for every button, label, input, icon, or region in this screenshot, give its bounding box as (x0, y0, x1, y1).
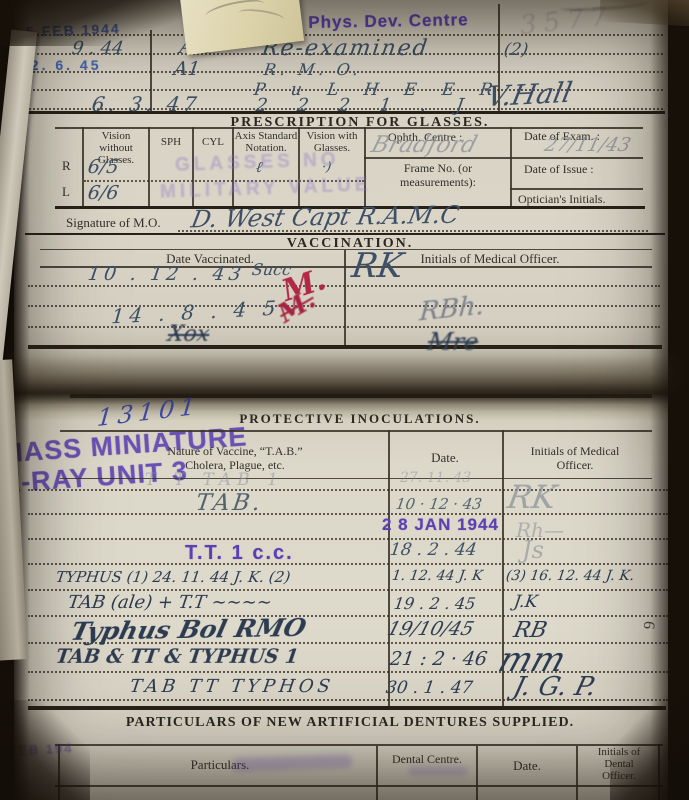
inoc-date: 10 · 12 · 43 (395, 495, 483, 513)
signature-label: Signature of M.O. (66, 215, 161, 231)
col-header: Nature of Vaccine, “T.A.B.” (120, 444, 350, 459)
column-line (376, 746, 378, 800)
col-header: Date. (400, 450, 490, 466)
dentures-title: PARTICULARS OF NEW ARTIFICIAL DENTURES S… (110, 715, 590, 731)
right-edge-shadow (650, 0, 689, 800)
table-line (60, 430, 652, 432)
inoc-initials: (3) 16. 12. 44 J. K. (505, 568, 636, 584)
row-line (28, 489, 668, 491)
date-stamp-jan44: 2 8 JAN 1944 (382, 515, 499, 535)
section-rule (28, 706, 666, 710)
page-fold-shadow (0, 348, 689, 412)
column-line (576, 746, 578, 800)
corner-shadow (0, 700, 90, 800)
issue-label: Date of Issue : (524, 162, 594, 177)
entry-extra: (2) (503, 40, 530, 60)
vision-l-value: 6/6 (86, 182, 120, 204)
column-line (476, 746, 478, 800)
vacc-initials-1: RK (349, 246, 406, 286)
inoc-vaccine: TAB. (194, 490, 265, 516)
row-line (28, 589, 668, 591)
vision-r-value: 6/5 (86, 156, 120, 178)
inoc-initials: Js (522, 536, 544, 564)
inoc-vaccine: TYPHUS (1) 24. 11. 44 J. K. (2) (55, 568, 292, 586)
inoc-date: 19/10/45 (385, 618, 477, 640)
column-line (510, 127, 512, 206)
table-line (40, 249, 652, 250)
frame-label: Frame No. (or measurements): (372, 161, 504, 189)
column-line (82, 127, 84, 206)
stamp-fragment (408, 766, 468, 776)
inoc-vaccine: TAB & TT & TYPHUS 1 (54, 646, 299, 668)
col-header: SPH (150, 136, 192, 148)
inoc-vaccine: TAB TT TYPHOS (129, 676, 336, 697)
inoc-date: 27. 11. 43 (400, 470, 471, 486)
row-label-l: L (62, 184, 70, 200)
signature: V.Hall (484, 76, 575, 113)
entry-note: R. M. O. (263, 60, 364, 79)
row-line (28, 285, 660, 287)
inoc-initials: J. G. P. (510, 672, 599, 702)
optician-label: Optician's Initials. (518, 192, 605, 207)
col-header: CYL (194, 136, 232, 148)
row-line (28, 538, 668, 540)
table-line (55, 785, 663, 787)
col-header: Initials of Medical Officer. (520, 444, 630, 472)
cell-line (510, 188, 643, 190)
inoc-initials: RK (505, 478, 560, 516)
inoc-vaccine: T T TAB 1 (145, 470, 284, 490)
row-label-r: R (62, 158, 71, 174)
vacc-scribble: Xox (166, 322, 211, 347)
inoc-date: 18 . 2 . 44 (389, 540, 478, 560)
inoc-date: 19 . 2 . 45 (393, 594, 477, 613)
inoc-date: 1. 12. 44 J. K (391, 568, 484, 584)
inoc-initials: J.K (513, 592, 539, 612)
row-line (28, 513, 668, 515)
inoculations-title: PROTECTIVE INOCULATIONS. (210, 411, 510, 427)
vacc-date-1: 10 . 12 . 43 (86, 263, 246, 285)
entry-grade: A1 (172, 58, 201, 80)
corner-shadow (0, 0, 190, 46)
col-header: Date. (490, 758, 564, 774)
section-rule (25, 233, 665, 235)
mo-signature: D. West Capt R.A.M.C (189, 201, 462, 234)
tt-stamp: T.T. 1 c.c. (185, 542, 294, 565)
corner-shadow (610, 690, 689, 800)
column-line (344, 250, 346, 348)
entry-note: 2 2 2 1 . J (255, 95, 477, 116)
inoc-vaccine: Typhus Bol RMO (68, 613, 309, 646)
exam-value: 27/11/43 (542, 134, 633, 156)
entry-date: 6. 3. 47 (90, 92, 202, 116)
ophth-value: Bradford (368, 132, 480, 158)
col-header: Initials of Medical Officer. (370, 251, 610, 267)
col-header: Dental Centre. (392, 752, 462, 766)
inoc-date: 21 : 2 · 46 (388, 648, 488, 670)
row-line (28, 563, 668, 565)
table-line (55, 744, 663, 746)
photo-frame: No. 1 Phys. Dev. Centre 3577 5 FEB 1944 … (0, 0, 689, 800)
inoc-date: 30 . 1 . 47 (385, 678, 474, 698)
inoc-vaccine: TAB (ale) + T.T ~~~~ (67, 592, 274, 613)
